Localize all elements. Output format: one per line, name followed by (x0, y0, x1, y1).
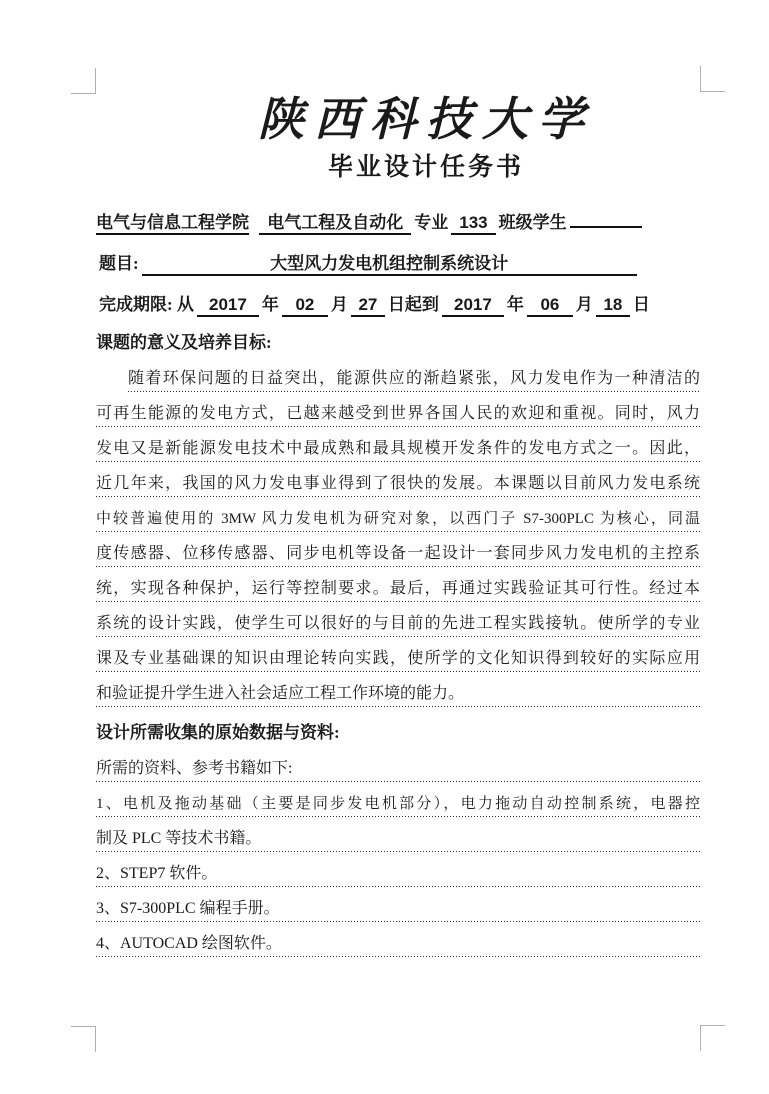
list-item: 3、S7-300PLC 编程手册。 (96, 887, 700, 922)
month-label: 月 (331, 295, 348, 314)
paragraph-line: 统，实现各种保护，运行等控制要求。最后，再通过实践验证其可行性。经过本 (96, 567, 700, 602)
paragraph-line: 可再生能源的发电方式，已越来越受到世界各国人民的欢迎和重视。同时，风力 (96, 392, 700, 427)
from-year-value: 2017 (197, 295, 259, 317)
topic-label: 题目: (99, 254, 139, 273)
document-header: 陕西科技大学 毕业设计任务书 (124, 94, 728, 184)
topic-row: 题目:大型风力发电机组控制系统设计 (96, 249, 700, 273)
section-heading-materials: 设计所需收集的原始数据与资料: (96, 721, 700, 745)
corner-mark-top-left (71, 68, 96, 94)
month-label-2: 月 (576, 295, 593, 314)
paragraph-line: 发电又是新能源发电技术中最成熟和最具规模开发条件的发电方式之一。因此， (96, 427, 700, 462)
university-name: 陕西科技大学 (124, 94, 728, 146)
to-month-value: 06 (527, 295, 573, 317)
list-item: 制及 PLC 等技术书籍。 (96, 817, 700, 852)
document-page: 陕西科技大学 毕业设计任务书 电气与信息工程学院 电气工程及自动化专业133班级… (0, 0, 769, 1094)
list-item: 4、AUTOCAD 绘图软件。 (96, 922, 700, 957)
to-label: 日起到 (388, 295, 439, 314)
paragraph-line: 和验证提升学生进入社会适应工程工作环境的能力。 (96, 672, 700, 707)
major-value: 电气工程及自动化 (259, 208, 411, 235)
corner-mark-bottom-left (71, 1026, 96, 1052)
list-item: 1、电机及拖动基础（主要是同步发电机部分），电力拖动自动控制系统，电器控 (96, 782, 700, 817)
from-day-value: 27 (351, 295, 385, 317)
major-label: 专业 (414, 213, 448, 232)
day-label: 日 (633, 295, 650, 314)
to-year-value: 2017 (442, 295, 504, 317)
paragraph-line: 课及专业基础课的知识由理论转向实践，使所学的文化知识得到较好的实际应用 (96, 637, 700, 672)
class-value: 133 (451, 213, 495, 235)
year-label: 年 (262, 295, 279, 314)
student-name-blank (570, 226, 642, 228)
document-title: 毕业设计任务书 (124, 152, 728, 184)
paragraph-line: 近几年来，我国的风力发电事业得到了很快的发展。本课题以目前风力发电系统 (96, 462, 700, 497)
section-heading-objectives: 课题的意义及培养目标: (96, 331, 700, 355)
paragraph-line: 度传感器、位移传感器、同步电机等设备一起设计一套同步风力发电机的主控系 (96, 532, 700, 567)
paragraph-line: 中较普遍使用的 3MW 风力发电机为研究对象，以西门子 S7-300PLC 为核… (96, 497, 700, 532)
corner-mark-top-right (700, 66, 725, 92)
document-content: 陕西科技大学 毕业设计任务书 电气与信息工程学院 电气工程及自动化专业133班级… (96, 94, 700, 957)
college-value: 电气与信息工程学院 (96, 208, 249, 235)
college-major-class-row: 电气与信息工程学院 电气工程及自动化专业133班级学生 (96, 208, 700, 232)
paragraph-line: 随着环保问题的日益突出，能源供应的渐趋紧张，风力发电作为一种清洁的 (128, 357, 700, 392)
class-label: 班级学生 (499, 213, 567, 232)
deadline-label: 完成期限: 从 (99, 295, 194, 314)
materials-list: 所需的资料、参考书籍如下: 1、电机及拖动基础（主要是同步发电机部分），电力拖动… (96, 747, 700, 957)
deadline-row: 完成期限: 从2017年02月27日起到2017年06月18日 (96, 290, 700, 314)
to-day-value: 18 (596, 295, 630, 317)
materials-intro-line: 所需的资料、参考书籍如下: (96, 747, 700, 782)
topic-value: 大型风力发电机组控制系统设计 (142, 249, 637, 276)
objectives-paragraph: 随着环保问题的日益突出，能源供应的渐趋紧张，风力发电作为一种清洁的 可再生能源的… (96, 357, 700, 707)
corner-mark-bottom-right (700, 1025, 725, 1051)
paragraph-line: 系统的设计实践，使学生可以很好的与目前的先进工程实践接轨。使所学的专业 (96, 602, 700, 637)
year-label-2: 年 (507, 295, 524, 314)
from-month-value: 02 (282, 295, 328, 317)
list-item: 2、STEP7 软件。 (96, 852, 700, 887)
info-fields: 电气与信息工程学院 电气工程及自动化专业133班级学生 题目:大型风力发电机组控… (96, 208, 700, 314)
